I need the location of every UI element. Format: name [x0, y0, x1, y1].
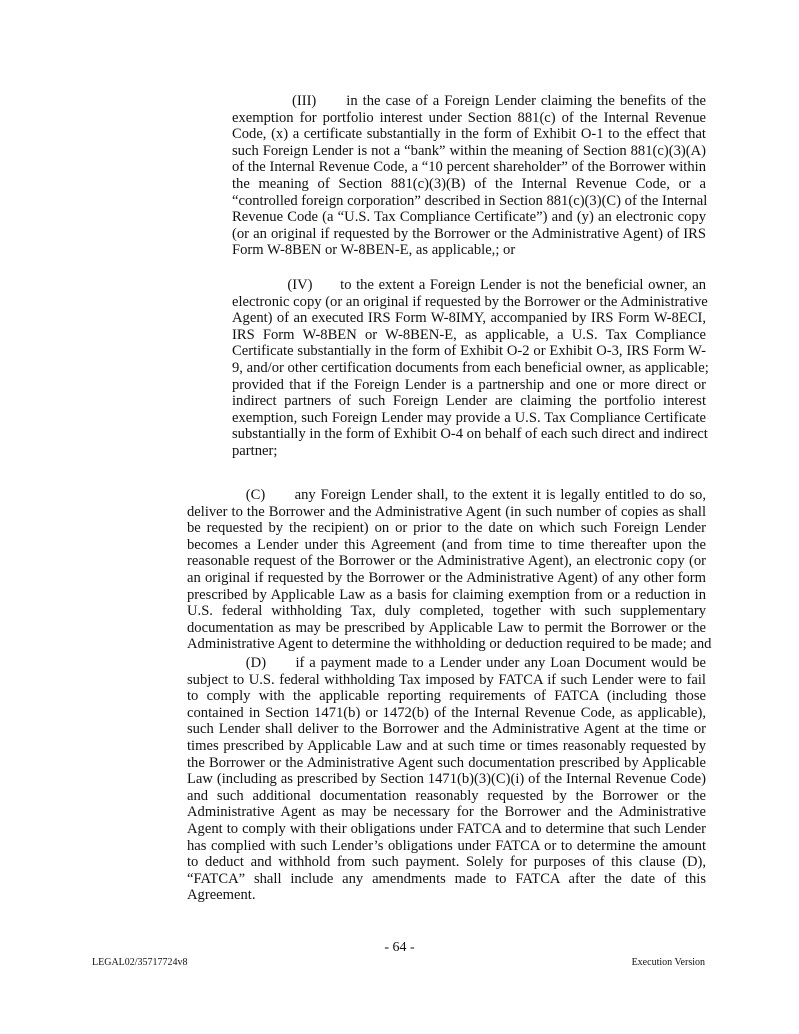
text-line: Administrative Agent as may be necessary… — [187, 804, 706, 821]
text-line: exemption for portfolio interest under S… — [232, 110, 706, 127]
paragraph-iv: (IV) to the extent a Foreign Lender is n… — [232, 277, 706, 460]
text-line: subject to U.S. federal withholding Tax … — [187, 672, 706, 689]
text-line: IRS Form W-8BEN or W-8BEN-E, as applicab… — [232, 327, 706, 344]
text-line: indirect partners of such Foreign Lender… — [232, 393, 706, 410]
text-line: partner; — [232, 443, 706, 460]
text-line: such Foreign Lender is not a “bank” with… — [232, 143, 706, 160]
text-line: (D) if a payment made to a Lender under … — [187, 655, 706, 672]
text-line: provided that if the Foreign Lender is a… — [232, 377, 706, 394]
text-line: to deduct and withhold from such payment… — [187, 854, 706, 871]
text-line: times prescribed by Applicable Law and a… — [187, 738, 706, 755]
text-line: Agent) of an executed IRS Form W-8IMY, a… — [232, 310, 706, 327]
text-line: 9, and/or other certification documents … — [232, 360, 706, 377]
text-line: (C) any Foreign Lender shall, to the ext… — [187, 487, 706, 504]
text-line: deliver to the Borrower and the Administ… — [187, 504, 706, 521]
text-line: the Borrower or the Administrative Agent… — [187, 755, 706, 772]
paragraph-d: (D) if a payment made to a Lender under … — [187, 655, 706, 904]
page-number: - 64 - — [0, 940, 799, 956]
text-line: “controlled foreign corporation” describ… — [232, 193, 706, 210]
text-line: the meaning of Section 881(c)(3)(B) of t… — [232, 176, 706, 193]
text-line: Form W-8BEN or W-8BEN-E, as applicable,;… — [232, 242, 706, 259]
document-id: LEGAL02/35717724v8 — [92, 957, 188, 968]
text-line: electronic copy (or an original if reque… — [232, 294, 706, 311]
text-line: Law (including as prescribed by Section … — [187, 771, 706, 788]
text-line: contained in Section 1471(b) or 1472(b) … — [187, 705, 706, 722]
version-label: Execution Version — [632, 957, 705, 968]
text-line: substantially in the form of Exhibit O-4… — [232, 426, 706, 443]
text-line: an original if requested by the Borrower… — [187, 570, 706, 587]
text-line: “FATCA” shall include any amendments mad… — [187, 871, 706, 888]
text-line: documentation as may be prescribed by Ap… — [187, 620, 706, 637]
paragraph-c: (C) any Foreign Lender shall, to the ext… — [187, 487, 706, 653]
text-line: Code, (x) a certificate substantially in… — [232, 126, 706, 143]
text-line: Administrative Agent to determine the wi… — [187, 636, 706, 653]
text-line: such Lender shall deliver to the Borrowe… — [187, 721, 706, 738]
text-line: of the Internal Revenue Code, a “10 perc… — [232, 159, 706, 176]
text-line: prescribed by Applicable Law as a basis … — [187, 587, 706, 604]
text-line: to comply with the applicable reporting … — [187, 688, 706, 705]
text-line: has complied with such Lender’s obligati… — [187, 838, 706, 855]
text-line: Agreement. — [187, 887, 706, 904]
text-line: and such additional documentation reason… — [187, 788, 706, 805]
text-line: reasonable request of the Borrower or th… — [187, 553, 706, 570]
text-line: be requested by the recipient) on or pri… — [187, 520, 706, 537]
text-line: U.S. federal withholding Tax, duly compl… — [187, 603, 706, 620]
text-line: Agent to comply with their obligations u… — [187, 821, 706, 838]
text-line: (III) in the case of a Foreign Lender cl… — [232, 93, 706, 110]
text-line: becomes a Lender under this Agreement (a… — [187, 537, 706, 554]
text-line: (IV) to the extent a Foreign Lender is n… — [232, 277, 706, 294]
text-line: (or an original if requested by the Borr… — [232, 226, 706, 243]
text-line: exemption, such Foreign Lender may provi… — [232, 410, 706, 427]
paragraph-iii: (III) in the case of a Foreign Lender cl… — [232, 93, 706, 259]
text-line: Revenue Code (a “U.S. Tax Compliance Cer… — [232, 209, 706, 226]
text-line: Certificate substantially in the form of… — [232, 343, 706, 360]
